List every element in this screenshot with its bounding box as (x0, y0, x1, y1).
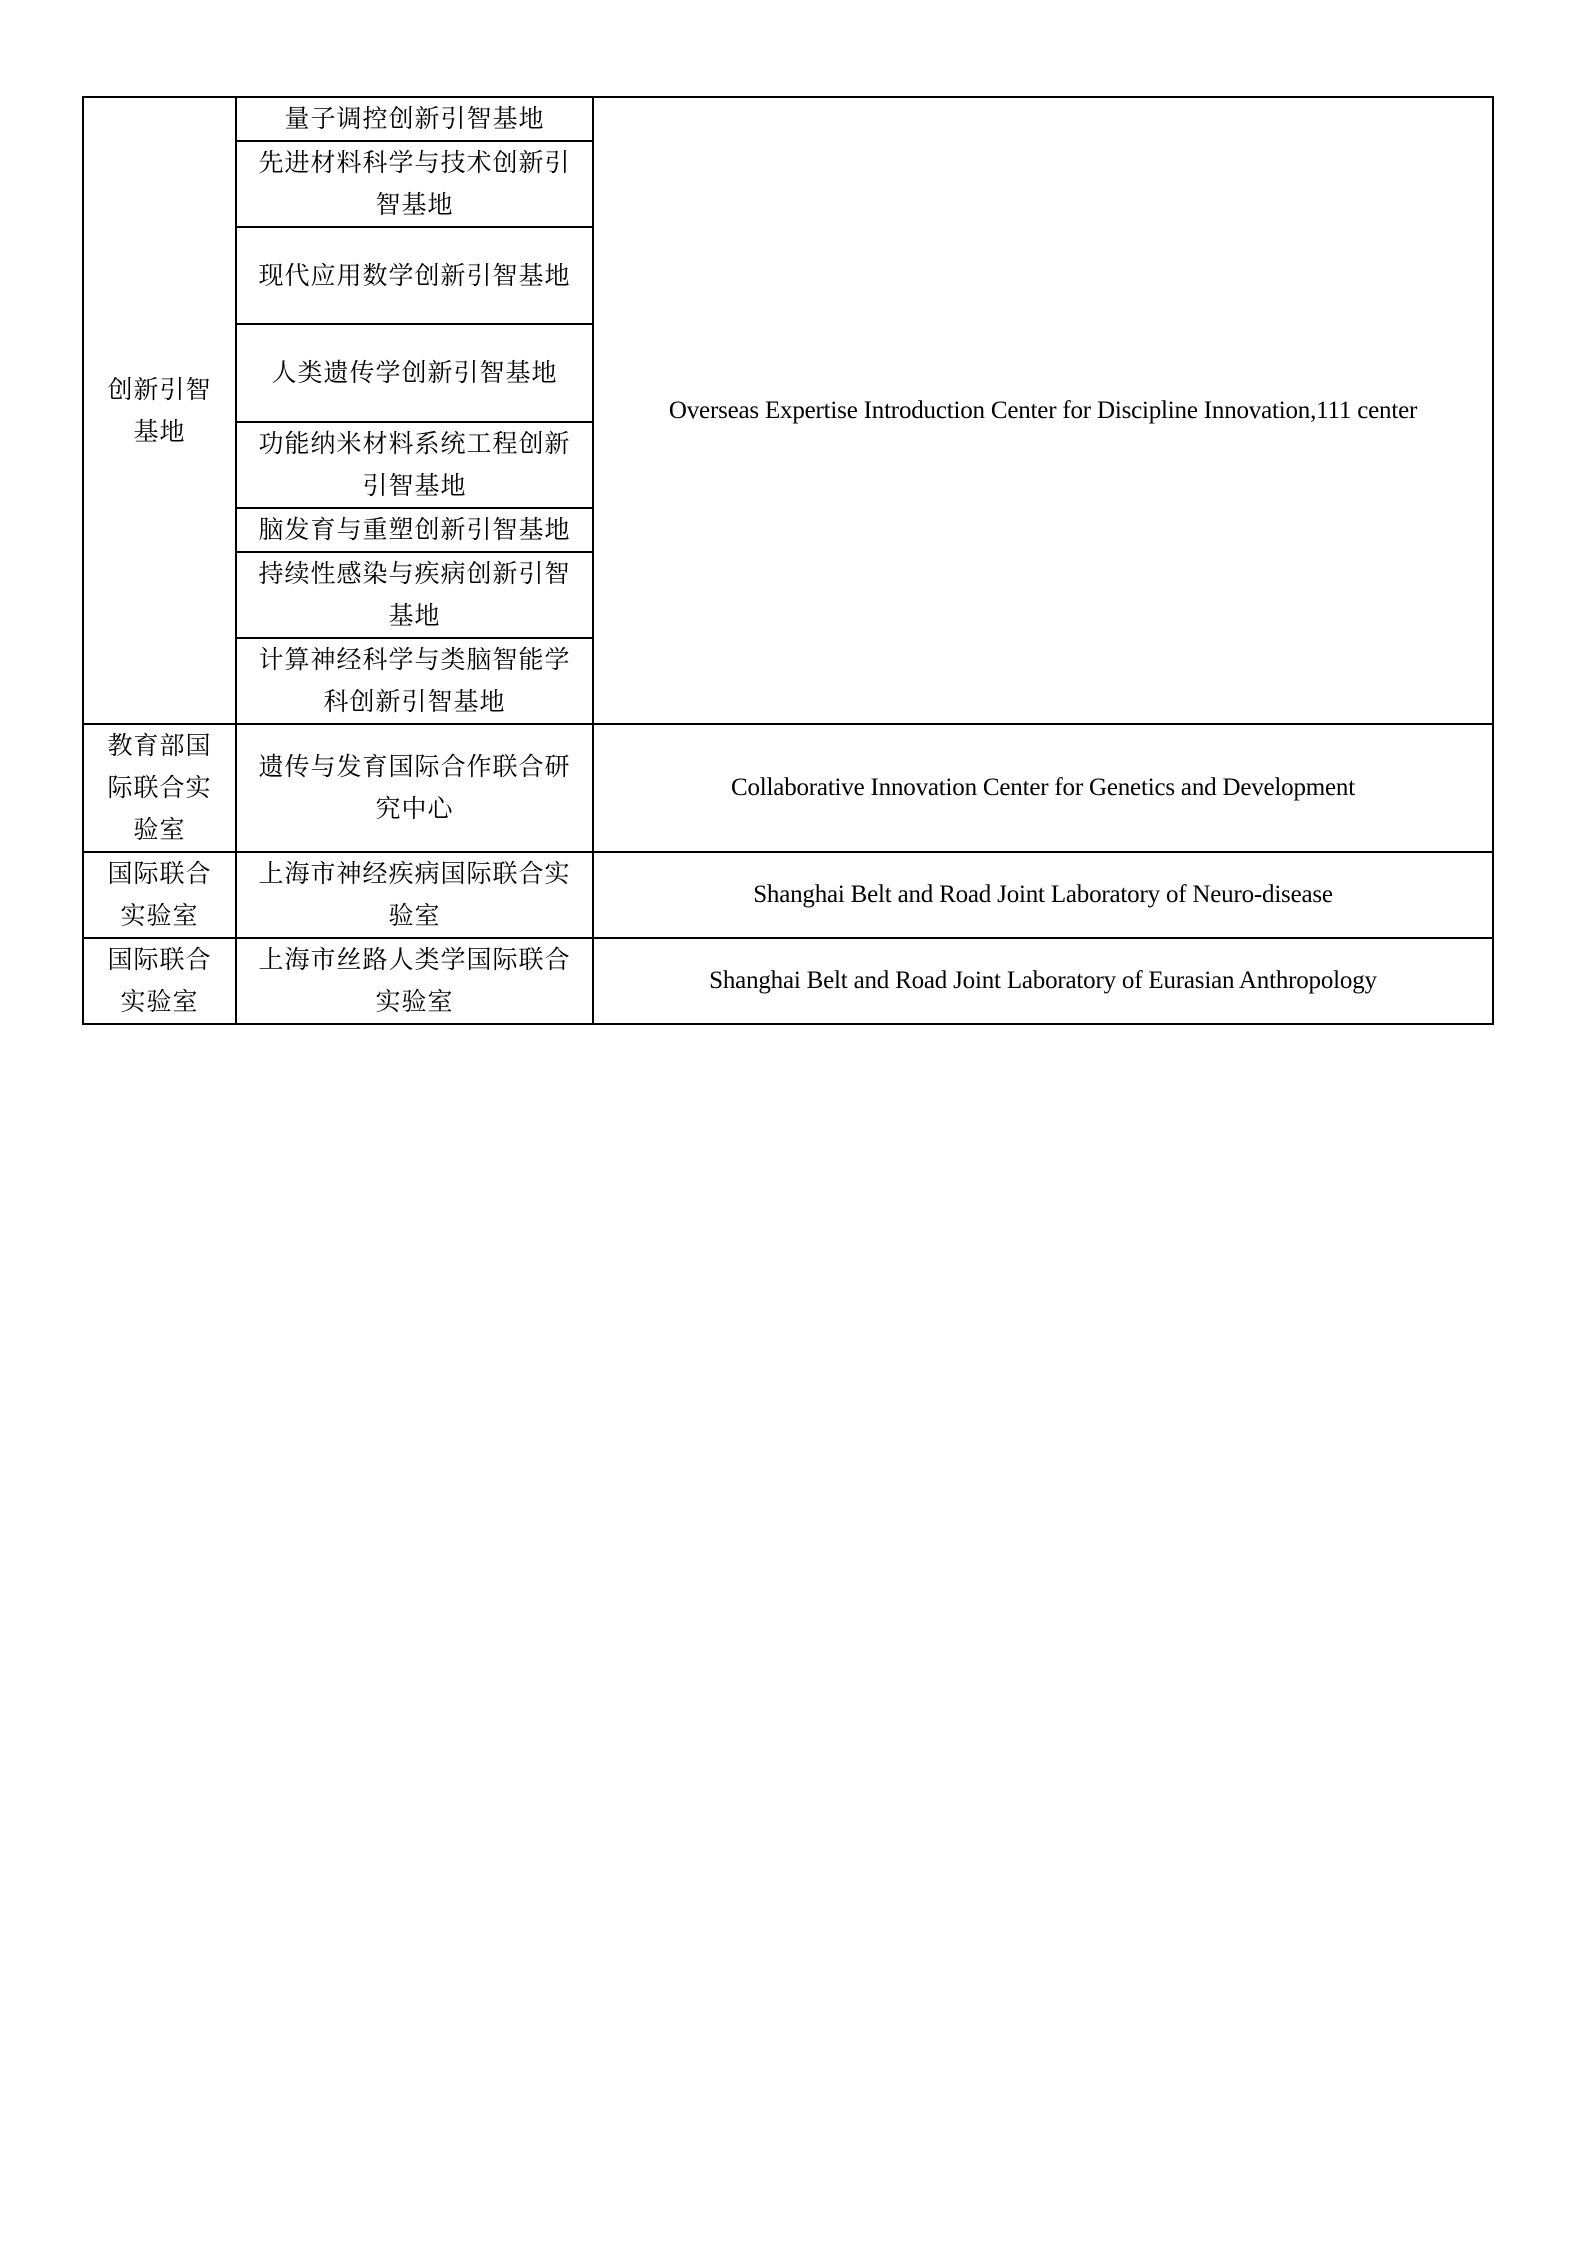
item-line: 究中心 (247, 788, 582, 830)
category-line: 教育部国 (94, 725, 225, 767)
english-name-cell: Shanghai Belt and Road Joint Laboratory … (593, 852, 1493, 938)
item-line: 验室 (247, 895, 582, 937)
category-cell: 国际联合 实验室 (83, 938, 236, 1024)
item-line: 计算神经科学与类脑智能学 (247, 639, 582, 681)
item-line: 基地 (247, 595, 582, 637)
item-cell: 先进材料科学与技术创新引 智基地 (236, 141, 593, 227)
item-cell: 功能纳米材料系统工程创新 引智基地 (236, 422, 593, 508)
item-line: 科创新引智基地 (247, 681, 582, 723)
item-line: 持续性感染与疾病创新引智 (247, 553, 582, 595)
item-line: 上海市丝路人类学国际联合 (247, 939, 582, 981)
english-name-cell: Shanghai Belt and Road Joint Laboratory … (593, 938, 1493, 1024)
item-cell: 脑发育与重塑创新引智基地 (236, 508, 593, 552)
category-line: 创新引智 (94, 369, 225, 411)
item-line: 引智基地 (247, 465, 582, 507)
category-line: 基地 (94, 411, 225, 453)
item-cell: 遗传与发育国际合作联合研 究中心 (236, 724, 593, 852)
table-row: 国际联合 实验室 上海市丝路人类学国际联合 实验室 Shanghai Belt … (83, 938, 1493, 1024)
item-line: 功能纳米材料系统工程创新 (247, 423, 582, 465)
item-line: 脑发育与重塑创新引智基地 (247, 509, 582, 551)
item-line: 上海市神经疾病国际联合实 (247, 853, 582, 895)
category-cell: 国际联合 实验室 (83, 852, 236, 938)
table-row: 教育部国 际联合实 验室 遗传与发育国际合作联合研 究中心 Collaborat… (83, 724, 1493, 852)
item-cell: 持续性感染与疾病创新引智 基地 (236, 552, 593, 638)
category-line: 国际联合 (94, 853, 225, 895)
item-cell: 上海市丝路人类学国际联合 实验室 (236, 938, 593, 1024)
item-cell: 现代应用数学创新引智基地 (236, 227, 593, 324)
item-line: 人类遗传学创新引智基地 (247, 352, 582, 394)
category-line: 实验室 (94, 895, 225, 937)
english-name-cell: Overseas Expertise Introduction Center f… (593, 97, 1493, 724)
item-line: 实验室 (247, 981, 582, 1023)
item-line: 先进材料科学与技术创新引 (247, 142, 582, 184)
category-cell: 教育部国 际联合实 验室 (83, 724, 236, 852)
english-name-cell: Collaborative Innovation Center for Gene… (593, 724, 1493, 852)
category-line: 国际联合 (94, 939, 225, 981)
item-line: 现代应用数学创新引智基地 (247, 255, 582, 297)
institution-table: 创新引智 基地 量子调控创新引智基地 Overseas Expertise In… (82, 96, 1494, 1025)
category-cell: 创新引智 基地 (83, 97, 236, 724)
item-line: 量子调控创新引智基地 (247, 98, 582, 140)
item-line: 智基地 (247, 184, 582, 226)
category-line: 实验室 (94, 981, 225, 1023)
category-line: 验室 (94, 809, 225, 851)
table-row: 国际联合 实验室 上海市神经疾病国际联合实 验室 Shanghai Belt a… (83, 852, 1493, 938)
item-line: 遗传与发育国际合作联合研 (247, 746, 582, 788)
item-cell: 计算神经科学与类脑智能学 科创新引智基地 (236, 638, 593, 724)
table-row: 创新引智 基地 量子调控创新引智基地 Overseas Expertise In… (83, 97, 1493, 141)
item-cell: 人类遗传学创新引智基地 (236, 324, 593, 422)
category-line: 际联合实 (94, 767, 225, 809)
item-cell: 上海市神经疾病国际联合实 验室 (236, 852, 593, 938)
item-cell: 量子调控创新引智基地 (236, 97, 593, 141)
